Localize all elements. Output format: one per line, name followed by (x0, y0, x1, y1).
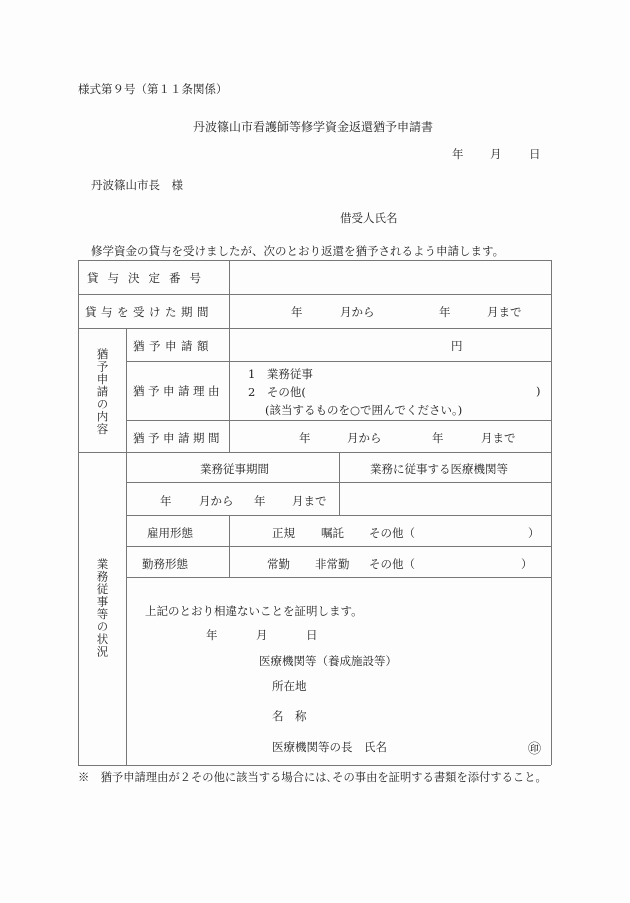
work-period-month-to[interactable]: 月まで (292, 493, 327, 509)
applicant-name-label: 借受人氏名 (340, 210, 398, 226)
employment-type-label: 雇用形態 (147, 525, 193, 541)
cert-date-day[interactable]: 日 (306, 627, 318, 643)
deferment-reason-option-1[interactable]: 1 業務従事 (248, 366, 313, 382)
intro-text: 修学資金の貸与を受けましたが、次のとおり返還を猶予されるよう申請します。 (91, 243, 504, 259)
loan-period-month-from[interactable]: 月から (340, 304, 375, 320)
deferment-period-month-to[interactable]: 月まで (481, 430, 516, 446)
cert-date-month[interactable]: 月 (256, 627, 268, 643)
loan-period-year-from[interactable]: 年 (291, 304, 303, 320)
work-section-label: 業務従事等の状況 (96, 558, 108, 668)
deferment-reason-note: (該当するものを○で囲んでください。) (265, 402, 462, 418)
loan-period-month-to[interactable]: 月まで (487, 304, 522, 320)
cert-head-label: 医療機関等の長 氏名 (272, 739, 387, 755)
cert-name-label: 名 称 (272, 708, 307, 724)
deferment-reason-option-2[interactable]: 2 その他( (248, 384, 306, 400)
deferment-period-year-to[interactable]: 年 (432, 430, 444, 446)
work-type-other-close: ） (521, 556, 533, 572)
work-type-label: 勤務形態 (142, 556, 188, 572)
addressee: 丹波篠山市長 様 (91, 177, 183, 193)
cert-address-label: 所在地 (272, 678, 307, 694)
loan-number-label: 貸与決定番号 (87, 270, 210, 286)
deferment-reason-option-2-close: ) (536, 384, 541, 398)
cert-date-year[interactable]: 年 (206, 627, 218, 643)
date-day: 日 (529, 146, 541, 162)
work-type-fulltime[interactable]: 常勤 (267, 556, 290, 572)
footnote: ※ 猶予申請理由が２その他に該当する場合には､その事由を証明する書類を添付するこ… (78, 769, 547, 785)
employment-type-contract[interactable]: 嘱託 (321, 525, 344, 541)
work-period-header: 業務従事期間 (200, 461, 269, 477)
deferment-period-year-from[interactable]: 年 (299, 430, 311, 446)
loan-period-label: 貸与を受けた期間 (85, 304, 213, 320)
date-year: 年 (452, 146, 464, 162)
work-period-year-from[interactable]: 年 (160, 493, 172, 509)
work-period-year-to[interactable]: 年 (254, 493, 266, 509)
deferment-period-month-from[interactable]: 月から (347, 430, 382, 446)
seal-icon: ㊞ (528, 738, 541, 757)
employment-type-other[interactable]: その他（ (369, 525, 415, 541)
work-type-other[interactable]: その他（ (369, 556, 415, 572)
employment-type-regular[interactable]: 正規 (272, 525, 295, 541)
certification-statement: 上記のとおり相違ないことを証明します。 (145, 603, 363, 619)
employment-type-other-close: ） (528, 525, 540, 541)
work-period-month-from[interactable]: 月から (199, 493, 234, 509)
date-month: 月 (490, 146, 502, 162)
work-institution-field[interactable] (342, 485, 548, 512)
cert-institution-label: 医療機関等（養成施設等） (259, 653, 397, 669)
deferment-period-label: 猶予申請期間 (133, 430, 223, 446)
work-institution-header: 業務に従事する医療機関等 (370, 461, 508, 477)
deferment-amount-label: 猶予申請額 (133, 338, 213, 354)
loan-number-field[interactable] (232, 263, 548, 291)
deferment-section-label: 猶予申請の内容 (96, 348, 108, 438)
page-title: 丹波篠山市看護師等修学資金返還猶予申請書 (193, 118, 433, 135)
deferment-reason-label: 猶予申請理由 (133, 383, 223, 399)
deferment-amount-unit: 円 (451, 338, 463, 354)
form-number: 様式第９号（第１１条関係） (78, 81, 228, 97)
loan-period-year-to[interactable]: 年 (439, 304, 451, 320)
deferment-amount-field[interactable] (232, 331, 548, 358)
work-type-parttime[interactable]: 非常勤 (315, 556, 350, 572)
